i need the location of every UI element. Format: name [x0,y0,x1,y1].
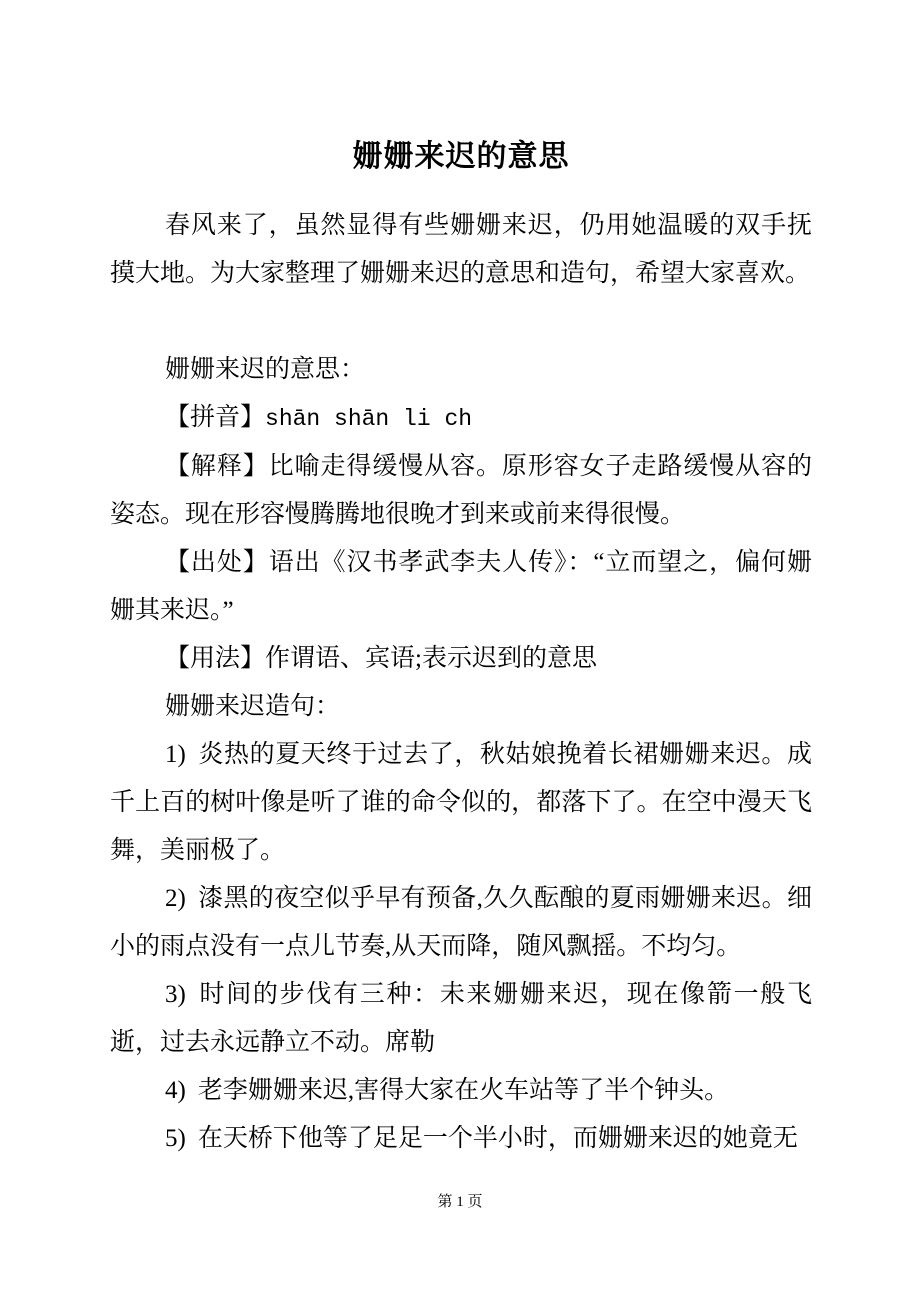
example-sentence-3: 3)时间的步伐有三种：未来姗姗来迟，现在像箭一般飞逝，过去永远静立不动。席勒 [110,971,812,1067]
example-sentence-5: 5)在天桥下他等了足足一个半小时，而姗姗来迟的她竟无 [110,1115,812,1163]
intro-paragraph: 春风来了，虽然显得有些姗姗来迟，仍用她温暖的双手抚摸大地。为大家整理了姗姗来迟的… [110,202,812,298]
page-title: 姗姗来迟的意思 [110,135,812,179]
entry-pinyin: 【拼音】shān shān li ch [110,394,812,443]
entry-label-usage: 【用法】 [165,645,265,672]
pinyin-value: shān shān li ch [265,406,472,432]
example-sentence-2: 2)漆黑的夜空似乎早有预备,久久酝酿的夏雨姗姗来迟。细小的雨点没有一点儿节奏,从… [110,875,812,971]
example-number-5: 5) [165,1125,186,1152]
example-text-4: 老李姗姗来迟,害得大家在火车站等了半个钟头。 [198,1077,729,1104]
entry-definition: 【解释】比喻走得缓慢从容。原形容女子走路缓慢从容的姿态。现在形容慢腾腾地很晚才到… [110,443,812,539]
document-page: 姗姗来迟的意思 春风来了，虽然显得有些姗姗来迟，仍用她温暖的双手抚摸大地。为大家… [0,0,920,1302]
example-number-1: 1) [165,741,186,768]
example-number-4: 4) [165,1077,186,1104]
example-text-2: 漆黑的夜空似乎早有预备,久久酝酿的夏雨姗姗来迟。细小的雨点没有一点儿节奏,从天而… [110,885,812,960]
document-content: 姗姗来迟的意思 春风来了，虽然显得有些姗姗来迟，仍用她温暖的双手抚摸大地。为大家… [110,135,812,1163]
example-text-5: 在天桥下他等了足足一个半小时，而姗姗来迟的她竟无 [198,1125,798,1152]
entry-label-pinyin: 【拼音】 [165,404,265,431]
usage-value: 作谓语、宾语;表示迟到的意思 [265,645,597,672]
entry-label-definition: 【解释】 [165,453,269,480]
examples-heading: 姗姗来迟造句： [110,683,812,731]
example-number-2: 2) [165,885,186,912]
entry-source: 【出处】语出《汉书孝武李夫人传》：“立而望之，偏何姗姗其来迟。” [110,539,812,635]
page-number: 第 1 页 [0,1193,920,1211]
entry-usage: 【用法】作谓语、宾语;表示迟到的意思 [110,635,812,683]
example-sentence-4: 4)老李姗姗来迟,害得大家在火车站等了半个钟头。 [110,1067,812,1115]
meaning-heading: 姗姗来迟的意思： [110,346,812,394]
example-text-1: 炎热的夏天终于过去了，秋姑娘挽着长裙姗姗来迟。成千上百的树叶像是听了谁的命令似的… [110,741,812,864]
example-sentence-1: 1)炎热的夏天终于过去了，秋姑娘挽着长裙姗姗来迟。成千上百的树叶像是听了谁的命令… [110,731,812,875]
example-number-3: 3) [165,981,186,1008]
entry-label-source: 【出处】 [165,549,269,576]
example-text-3: 时间的步伐有三种：未来姗姗来迟，现在像箭一般飞逝，过去永远静立不动。席勒 [110,981,812,1056]
